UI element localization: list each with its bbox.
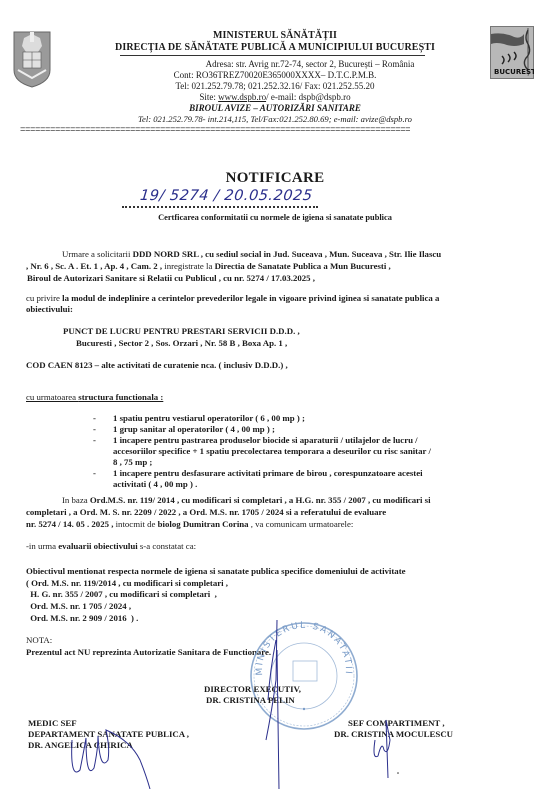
office-name: BIROUL AVIZE – AUTORIZĂRI SANITARE: [80, 103, 470, 114]
legal-basis-line-1: In baza Ord.M.S. nr. 119/ 2014 , cu modi…: [62, 495, 431, 506]
list-item: -1 incapere pentru pastrarea produselor …: [93, 435, 431, 468]
directorate-name: DIRECȚIA DE SĂNĂTATE PUBLICĂ A MUNICIPIU…: [80, 42, 470, 54]
evaluator-name: biolog Dumitran Corina: [158, 519, 249, 529]
address-line: Adresa: str. Avrig nr.72-74, sector 2, B…: [80, 59, 470, 70]
header-separator: ========================================…: [20, 126, 530, 135]
ministry-name: MINISTERUL SĂNĂTĂȚII: [80, 30, 470, 42]
structure-heading: cu urmatoarea structura functionala :: [26, 392, 163, 403]
caen-code: COD CAEN 8123: [26, 360, 92, 370]
dspb-logo-icon: BUCUREȘTI: [490, 26, 534, 79]
structure-heading-bold: structura functionala :: [78, 392, 163, 402]
caen-description: – alte activitati de curatenie nca. ( in…: [92, 360, 287, 370]
finding-text: -in urma: [26, 541, 58, 551]
intro-text: Urmare a solicitarii: [62, 249, 133, 259]
purpose-bold: la modul de indeplinire a cerintelor pre…: [62, 293, 439, 303]
list-item-text: 1 incapere pentru pastrarea produselor b…: [113, 435, 418, 445]
legal-basis-line-3: nr. 5274 / 14. 05 . 2025 , intocmit de b…: [26, 519, 353, 530]
objective-name: PUNCT DE LUCRU PENTRU PRESTARI SERVICII …: [63, 326, 300, 337]
applicant-info: DDD NORD SRL , cu sediul social in Jud. …: [133, 249, 442, 259]
site-label: Site:: [199, 92, 218, 102]
coat-of-arms-icon: [12, 30, 52, 88]
purpose-line-1: cu privire la modul de indeplinire a cer…: [26, 293, 439, 304]
purpose-line-2: obiectivului:: [26, 304, 73, 315]
bullet: -: [93, 435, 113, 446]
structure-list: -1 spatiu pentru vestiarul operatorilor …: [93, 413, 431, 490]
svg-text:BUCUREȘTI: BUCUREȘTI: [494, 68, 534, 76]
list-item: -1 grup sanitar al operatorilor ( 4 , 00…: [93, 424, 431, 435]
finding-text: s-a constatat ca:: [138, 541, 196, 551]
structure-heading-text: cu urmatoarea: [26, 392, 78, 402]
bullet: -: [93, 413, 113, 424]
applicant-address: , Nr. 6 , Sc. A . Et. 1 , Ap. 4 , Cam. 2…: [26, 261, 164, 271]
dotted-line: [122, 206, 318, 208]
list-item: -1 incapere pentru desfasurare activitat…: [93, 468, 431, 490]
intro-line-3: Biroul de Autorizari Sanitare si Relatii…: [27, 273, 315, 284]
finding-bold: evaluarii obiectivului: [58, 541, 137, 551]
intro-line-1: Urmare a solicitarii DDD NORD SRL , cu s…: [62, 249, 441, 260]
intro-text: inregistrate la: [164, 261, 214, 271]
list-item-text: 8 , 75 mp ;: [93, 457, 431, 468]
legal-bold: Ord.M.S. nr. 119/ 2014 , cu modificari s…: [90, 495, 431, 505]
handwritten-registration-number: 19/ 5274 / 20.05.2025: [139, 188, 313, 204]
site-link[interactable]: www.dspb.ro: [218, 92, 266, 102]
legal-text: In baza: [62, 495, 90, 505]
list-item-text: 1 spatiu pentru vestiarul operatorilor (…: [113, 413, 305, 423]
account-line: Cont: RO36TREZ70020E365000XXXX– D.T.C.P.…: [80, 70, 470, 81]
legal-text: intocmit de: [116, 519, 158, 529]
document-title: NOTIFICARE: [0, 170, 550, 187]
office-contact: Tel: 021.252.79.78- int.214,115, Tel/Fax…: [80, 114, 470, 125]
list-item-text: accesoriilor specifice + 1 spatiu precol…: [93, 446, 431, 457]
email-text: / e-mail: dspb@dspb.ro: [266, 92, 351, 102]
document-subtitle: Certficarea conformitatii cu normele de …: [0, 213, 550, 222]
purpose-text: cu privire: [26, 293, 62, 303]
list-item-text: 1 grup sanitar al operatorilor ( 4 , 00 …: [113, 424, 275, 434]
authority-name: Directia de Sanatate Publica a Mun Bucur…: [215, 261, 391, 271]
phone-line: Tel: 021.252.79.78; 021.252.32.16/ Fax: …: [80, 81, 470, 92]
caen-line: COD CAEN 8123 – alte activitati de curat…: [26, 360, 288, 371]
legal-text: , va comunicam urmatoarele:: [249, 519, 354, 529]
list-item-text: activitati ( 4 , 00 mp ) .: [93, 479, 431, 490]
objective-address: Bucuresti , Sector 2 , Sos. Orzari , Nr.…: [76, 338, 287, 349]
handwritten-signatures-icon: [0, 600, 550, 789]
header-rule: [120, 55, 425, 56]
conclusion-line: ( Ord. M.S. nr. 119/2014 , cu modificari…: [26, 578, 228, 589]
conclusion-line: H. G. nr. 355 / 2007 , cu modificari si …: [28, 589, 217, 600]
list-item: -1 spatiu pentru vestiarul operatorilor …: [93, 413, 431, 424]
bullet: -: [93, 424, 113, 435]
list-item-text: 1 incapere pentru desfasurare activitati…: [113, 468, 423, 478]
report-number: nr. 5274 / 14. 05 . 2025 ,: [26, 519, 116, 529]
intro-line-2: , Nr. 6 , Sc. A . Et. 1 , Ap. 4 , Cam. 2…: [26, 261, 391, 272]
conclusion-line: Obiectivul mentionat respecta normele de…: [26, 566, 406, 577]
finding-line: -in urma evaluarii obiectivului s-a cons…: [26, 541, 196, 552]
site-line: Site: www.dspb.ro/ e-mail: dspb@dspb.ro: [80, 92, 470, 103]
bullet: -: [93, 468, 113, 479]
legal-basis-line-2: completari , a Ord. M. S. nr. 2209 / 202…: [26, 507, 386, 518]
